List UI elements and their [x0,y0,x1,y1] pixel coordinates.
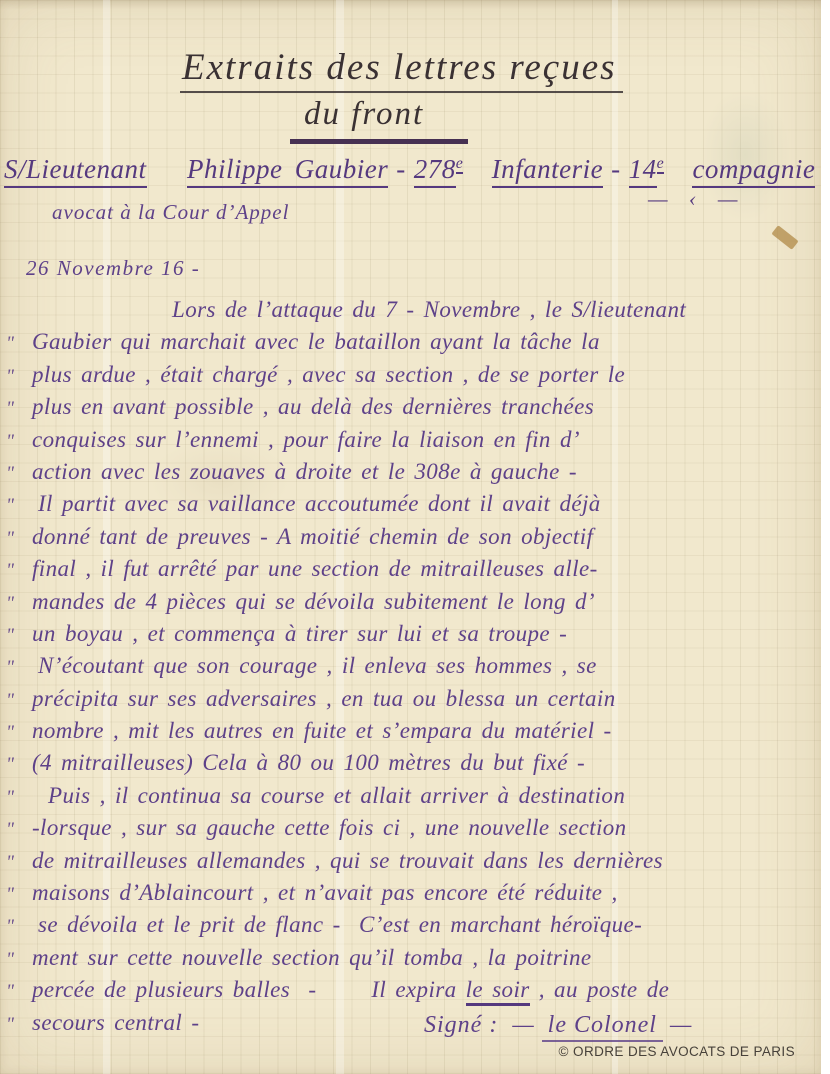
signature-name: le Colonel [542,1012,663,1042]
signature-label: Signé : [424,1012,512,1038]
quote-mark: " [6,458,32,490]
quote-mark: " [6,426,32,458]
manuscript-line: "un boyau , et commença à tirer sur lui … [0,618,821,650]
underlined-le-soir: le soir [466,977,530,1006]
manuscript-line: "de mitrailleuses allemandes , qui se tr… [0,845,821,877]
signature-line: Signé : — le Colonel — [424,1012,692,1039]
manuscript-line: "Puis , il continua sa course et allait … [0,780,821,812]
quote-mark: " [6,814,32,846]
quote-mark: " [6,685,32,717]
manuscript-line: "donné tant de preuves - A moitié chemin… [0,521,821,553]
manuscript-paper: Extraits des lettres reçues du front S/L… [0,0,821,1074]
quote-mark: " [6,1009,32,1041]
scanned-page: Extraits des lettres reçues du front S/L… [0,0,830,1074]
manuscript-line: "(4 mitrailleuses) Cela à 80 ou 100 mètr… [0,747,821,779]
quote-mark: " [6,490,32,522]
quote-mark: " [6,944,32,976]
tape-stain [771,225,798,250]
manuscript-line: "maisons d’Ablaincourt , et n’avait pas … [0,877,821,909]
manuscript-line: "Lors de l’attaque du 7 - Novembre , le … [0,294,821,326]
manuscript-line: "Il partit avec sa vaillance accoutumée … [0,488,821,520]
regiment-name: Infanterie [492,154,603,188]
document-title: Extraits des lettres reçues [180,46,623,93]
manuscript-line: "nombre , mit les autres en fuite et s’e… [0,715,821,747]
quote-mark: " [6,393,32,425]
dash: - [388,154,414,184]
officer-name: Philippe Gaubier [187,154,388,188]
manuscript-line: "Gaubier qui marchait avec le bataillon … [0,326,821,358]
manuscript-line: "plus ardue , était chargé , avec sa sec… [0,359,821,391]
quote-mark: " [6,911,32,943]
manuscript-body: "Lors de l’attaque du 7 - Novembre , le … [0,294,821,1039]
manuscript-line: "plus en avant possible , au delà des de… [0,391,821,423]
quote-mark: " [6,620,32,652]
quote-mark: " [6,847,32,879]
officer-header-line: S/Lieutenant Philippe Gaubier-278e Infan… [4,154,820,185]
manuscript-line-percee: "percée de plusieurs balles - Il expira … [0,974,821,1006]
manuscript-line: "précipita sur ses adversaires , en tua … [0,683,821,715]
manuscript-line: "final , il fut arrêté par une section d… [0,553,821,585]
quote-mark: " [6,523,32,555]
manuscript-line: "N’écoutant que son courage , il enleva … [0,650,821,682]
manuscript-line: "se dévoila et le prit de flanc - C’est … [0,909,821,941]
quote-mark: " [6,879,32,911]
officer-rank: S/Lieutenant [4,154,147,188]
quote-mark: " [6,328,32,360]
quote-mark: " [6,555,32,587]
quote-mark: " [6,749,32,781]
quote-mark: " [6,782,32,814]
copyright-notice: © ORDRE DES AVOCATS DE PARIS [559,1044,795,1059]
company-name: compagnie [692,154,815,188]
officer-profession: avocat à la Cour d’Appel [52,200,289,225]
document-subtitle-du-front: du front [290,96,468,144]
manuscript-line: "secours central - [0,1007,821,1039]
quote-mark: " [6,588,32,620]
regiment-number: 278 [414,154,456,188]
letter-date: 26 Novembre 16 - [26,256,200,281]
quote-mark: " [6,361,32,393]
manuscript-line: "action avec les zouaves à droite et le … [0,456,821,488]
quote-mark: " [6,976,32,1008]
quote-mark: " [6,717,32,749]
manuscript-line: "mandes de 4 pièces qui se dévoila subit… [0,586,821,618]
underline-flourish: — ‹ — [648,186,745,212]
manuscript-line: "ment sur cette nouvelle section qu’il t… [0,942,821,974]
manuscript-line: "conquises sur l’ennemi , pour faire la … [0,424,821,456]
quote-mark: " [6,652,32,684]
manuscript-line: "-lorsque , sur sa gauche cette fois ci … [0,812,821,844]
company-number: 14 [629,154,657,188]
dash: - [603,154,629,184]
